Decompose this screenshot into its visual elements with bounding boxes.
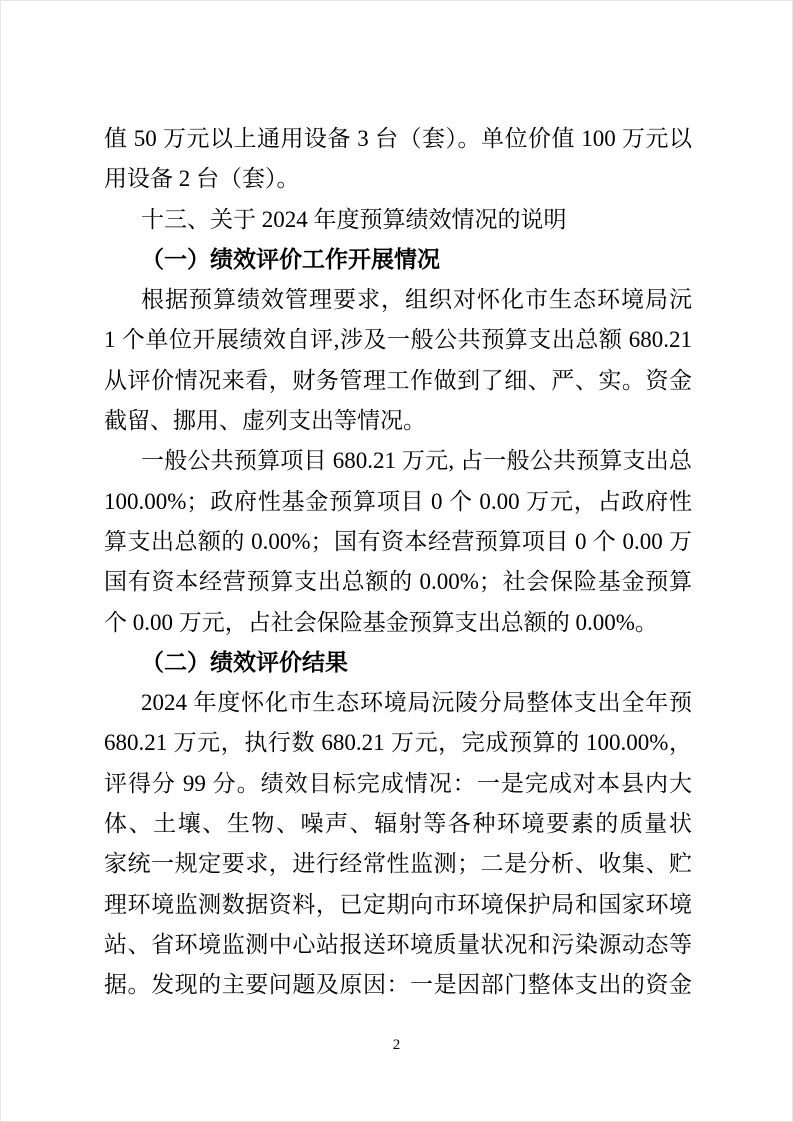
text-line: 理环境监测数据资料，已定期向市环境保护局和国家环境监测总 — [104, 885, 692, 925]
text-line: 100.00%；政府性基金预算项目 0 个 0.00 万元，占政府性基金预 — [104, 482, 692, 522]
text-line: 1 个单位开展绩效自评,涉及一般公共预算支出总额 680.21 万元。 — [104, 320, 692, 360]
text-line: 个 0.00 万元，占社会保险基金预算支出总额的 0.00%。 — [104, 603, 692, 643]
page-number: 2 — [1, 1037, 792, 1054]
text-line: 体、土壤、生物、噪声、辐射等各种环境要素的质量状况，按国 — [104, 804, 692, 844]
text-line: 家统一规定要求，进行经常性监测；二是分析、收集、贮存和整 — [104, 844, 692, 884]
section-heading-line: （二）绩效评价结果 — [104, 643, 692, 683]
text-line: 据。发现的主要问题及原因：一是因部门整体支出的资金安排和 — [104, 965, 692, 1005]
text-line: 站、省环境监测中心站报送环境质量状况和污染源动态等监测数 — [104, 925, 692, 965]
document-page: 值 50 万元以上通用设备 3 台（套）。单位价值 100 万元以上专用设备 2… — [0, 0, 793, 1122]
text-line: 2024 年度怀化市生态环境局沅陵分局整体支出全年预算数 — [104, 683, 692, 723]
text-line: 评得分 99 分。绩效目标完成情况：一是完成对本县内大气、水 — [104, 764, 692, 804]
text-line: 国有资本经营预算支出总额的 0.00%；社会保险基金预算项目 0 — [104, 562, 692, 602]
text-content: 值 50 万元以上通用设备 3 台（套）。单位价值 100 万元以上专用设备 2… — [104, 119, 692, 1006]
text-line: 用设备 2 台（套）。 — [104, 159, 692, 199]
text-line: 一般公共预算项目 680.21 万元, 占一般公共预算支出总额的 — [104, 441, 692, 481]
section-heading-line: （一）绩效评价工作开展情况 — [104, 240, 692, 280]
text-line: 680.21 万元，执行数 680.21 万元，完成预算的 100.00%，绩效… — [104, 723, 692, 763]
text-line: 从评价情况来看，财务管理工作做到了细、严、实。资金使用无 — [104, 361, 692, 401]
text-line: 算支出总额的 0.00%；国有资本经营预算项目 0 个 0.00 万元，占 — [104, 522, 692, 562]
text-line: 值 50 万元以上通用设备 3 台（套）。单位价值 100 万元以上专 — [104, 119, 692, 159]
text-line: 截留、挪用、虚列支出等情况。 — [104, 401, 692, 441]
text-line: 十三、关于 2024 年度预算绩效情况的说明 — [104, 200, 692, 240]
text-line: 根据预算绩效管理要求，组织对怀化市生态环境局沅陵分局 — [104, 280, 692, 320]
